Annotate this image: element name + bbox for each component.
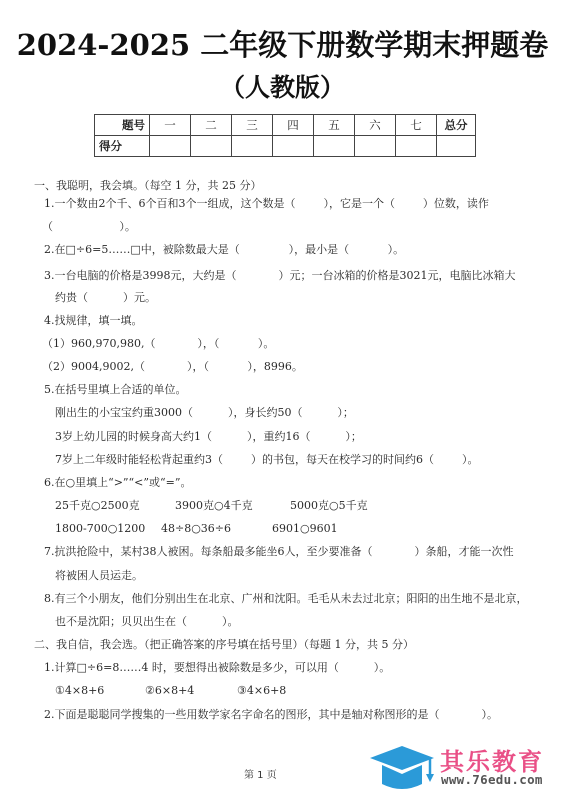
compare-item: 48÷8○36÷6 — [161, 522, 231, 536]
question-1-3-cont: 约贵（ ）元。 — [55, 291, 156, 305]
question-1-3: 3.一台电脑的价格是3998元，大约是（ ）元；一台冰箱的价格是3021元，电脑… — [44, 269, 515, 283]
column-header: 六 — [355, 115, 396, 136]
section-2-heading: 二、我自信，我会选。（把正确答案的序号填在括号里）（每题 1 分，共 5 分） — [34, 638, 414, 652]
compare-item: 6901○9601 — [272, 522, 338, 536]
score-cell — [150, 136, 191, 157]
page-number: 第 1 页 — [244, 766, 277, 781]
score-table-header-row: 题号 一 二 三 四 五 六 七 总分 — [95, 115, 476, 136]
column-header: 四 — [273, 115, 314, 136]
question-1-5: 5.在括号里填上合适的单位。 — [44, 383, 187, 397]
compare-item: 25千克○2500克 — [55, 499, 140, 513]
total-header: 总分 — [437, 115, 476, 136]
question-2-1: 1.计算□÷6=8……4 时，要想得出被除数是多少，可以用（ ）。 — [44, 661, 390, 675]
graduation-cap-icon — [368, 744, 436, 794]
compare-item: 5000克○5千克 — [290, 499, 368, 513]
score-cell — [273, 136, 314, 157]
question-1-1: 1.一个数由2个千、6个百和3个一组成，这个数是（ ），它是一个（ ）位数，读作 — [44, 197, 489, 211]
score-cell — [191, 136, 232, 157]
compare-item: 1800-700○1200 — [55, 522, 145, 536]
score-cell — [232, 136, 273, 157]
question-1-7: 7.抗洪抢险中，某村38人被困。每条船最多能坐6人，至少要准备（ ）条船，才能一… — [44, 545, 513, 559]
column-header: 一 — [150, 115, 191, 136]
exam-title: 2024-2025 二年级下册数学期末押题卷 — [0, 28, 565, 62]
question-number-label: 题号 — [95, 115, 150, 136]
score-cell — [314, 136, 355, 157]
score-table: 题号 一 二 三 四 五 六 七 总分 得分 — [94, 114, 476, 157]
score-cell — [355, 136, 396, 157]
compare-item: 3900克○4千克 — [175, 499, 253, 513]
score-cell — [437, 136, 476, 157]
option-item: ②6×8+4 — [145, 684, 194, 698]
question-1-2: 2.在□÷6=5……□中，被除数最大是（ ），最小是（ ）。 — [44, 243, 404, 257]
question-1-1-cont: （ ）。 — [42, 220, 136, 234]
section-1-heading: 一、我聪明，我会填。（每空 1 分，共 25 分） — [34, 179, 261, 193]
score-cell — [396, 136, 437, 157]
watermark-logo: 其乐教育 www.76edu.com — [368, 742, 558, 792]
column-header: 三 — [232, 115, 273, 136]
question-1-8: 8.有三个小朋友，他们分别出生在北京、广州和沈阳。毛毛从未去过北京；阳阳的出生地… — [44, 592, 528, 606]
question-1-4-part1: （1）960,970,980,（ ），（ ）。 — [42, 337, 274, 351]
question-1-5-line1: 刚出生的小宝宝约重3000（ ），身长约50（ ）； — [55, 406, 354, 420]
score-table-score-row: 得分 — [95, 136, 476, 157]
watermark-url: www.76edu.com — [441, 772, 543, 787]
question-1-6: 6.在○里填上“>”“<”或“=”。 — [44, 476, 192, 490]
question-2-2: 2.下面是聪聪同学搜集的一些用数学家名字命名的图形，其中是轴对称图形的是（ ）。 — [44, 708, 498, 722]
question-1-8-cont: 也不是沈阳；贝贝出生在（ ）。 — [55, 615, 238, 629]
column-header: 五 — [314, 115, 355, 136]
question-1-5-line2: 3岁上幼儿园的时候身高大约1（ ），重约16（ ）； — [55, 430, 362, 444]
question-1-5-line3: 7岁上二年级时能轻松背起重约3（ ）的书包，每天在校学习的时间约6（ ）。 — [55, 453, 478, 467]
column-header: 二 — [191, 115, 232, 136]
question-1-7-cont: 将被困人员运走。 — [55, 569, 143, 583]
score-label: 得分 — [95, 136, 150, 157]
exam-subtitle: （人教版） — [0, 72, 565, 104]
question-1-4-part2: （2）9004,9002,（ ），（ ），8996。 — [42, 360, 303, 374]
option-item: ①4×8+6 — [55, 684, 104, 698]
question-1-4: 4.找规律，填一填。 — [44, 314, 143, 328]
option-item: ③4×6+8 — [237, 684, 286, 698]
column-header: 七 — [396, 115, 437, 136]
